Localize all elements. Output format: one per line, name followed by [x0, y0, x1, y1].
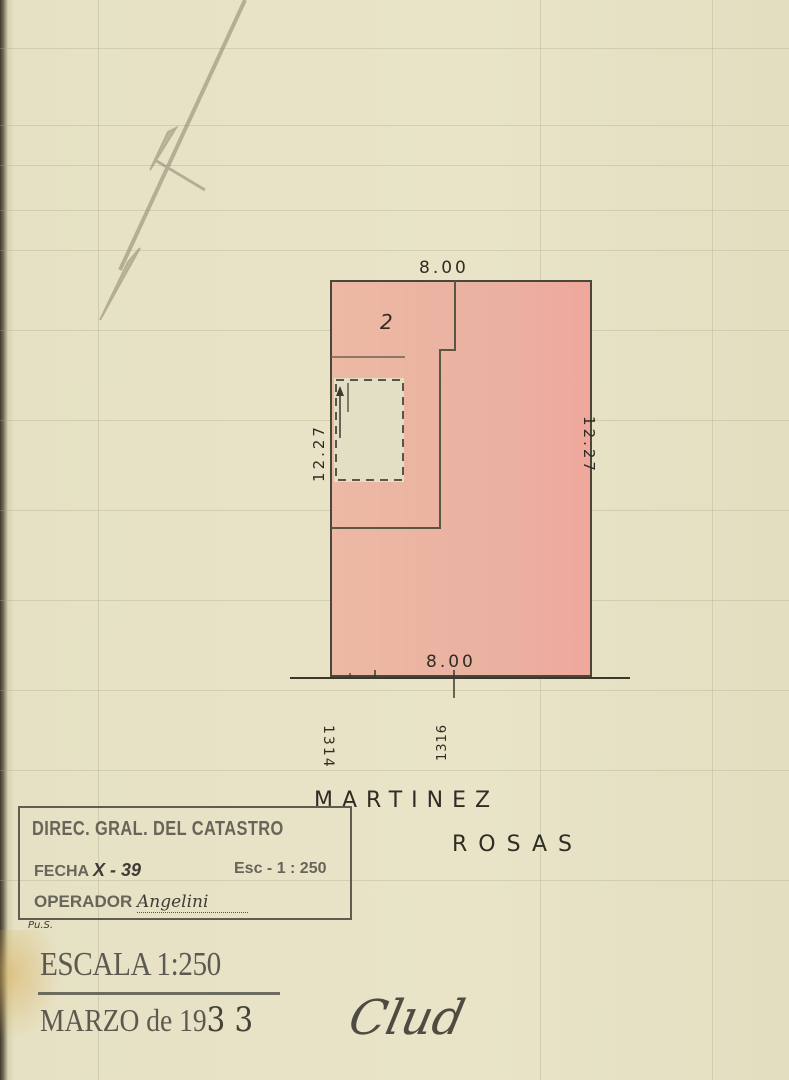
date-year-handwritten: 3 3 — [207, 1000, 254, 1040]
date-line: MARZO de 193 3 — [40, 1000, 253, 1040]
footer-note: Pu.S. — [28, 920, 53, 931]
bottom-width-label: 8.00 — [426, 652, 476, 672]
stamp-operador-label: OPERADOR — [34, 892, 132, 911]
stamp-escala: Esc - 1 : 250 — [234, 860, 327, 878]
top-width-label: 8.00 — [419, 258, 469, 278]
stamp-fecha-value: X - 39 — [93, 860, 141, 880]
stamp-operador-line: OPERADOR Angelini — [34, 892, 248, 912]
street-number-1316: 1316 — [435, 724, 450, 761]
stamp-fecha-label: FECHA — [34, 863, 89, 880]
scale-label: ESCALA 1:250 — [40, 946, 221, 984]
scale-underline — [38, 992, 280, 995]
north-arrow-icon — [100, 0, 245, 320]
signature: Clud — [344, 990, 470, 1046]
stamp-title: DIREC. GRAL. DEL CATASTRO — [32, 818, 284, 841]
stamp-operador-signature: Angelini — [137, 892, 248, 913]
street-name-secondary: ROSAS — [452, 832, 583, 857]
catastro-stamp: DIREC. GRAL. DEL CATASTRO FECHA X - 39 E… — [18, 806, 352, 920]
street-number-1314: 1314 — [320, 725, 336, 769]
left-depth-label: 12.27 — [310, 424, 328, 482]
date-prefix: MARZO de 19 — [40, 1002, 207, 1038]
stamp-fecha-line: FECHA X - 39 Esc - 1 : 250 — [34, 860, 141, 881]
sub-unit-label: 2 — [380, 310, 393, 334]
right-depth-label: 12.27 — [580, 416, 598, 474]
